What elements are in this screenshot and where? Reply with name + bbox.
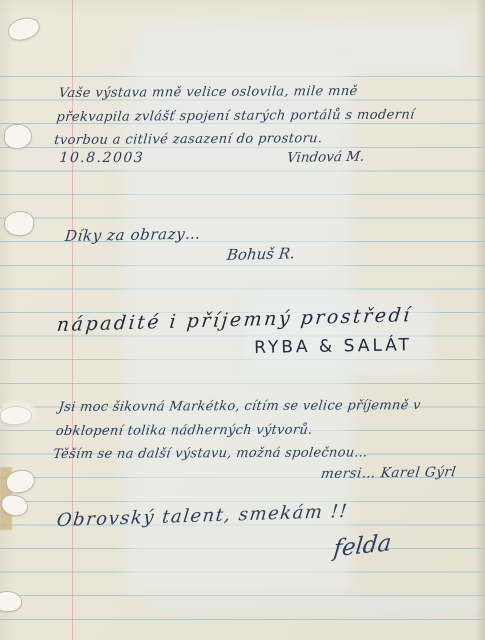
entry4-signature: mersi… Karel Gýrl (320, 464, 457, 482)
entry1-text: Vaše výstava mně velice oslovila, mile m… (53, 79, 418, 152)
entry4-line1: Jsi moc šikovná Markétko, cítím se velic… (57, 394, 422, 420)
entry3-signature: RYBA & SALÁT (254, 335, 412, 358)
paper-sheen (150, 597, 480, 612)
entry4-text: Jsi moc šikovná Markétko, cítím se velic… (52, 394, 422, 467)
entry2-line1: Díky za obrazy… (64, 225, 202, 245)
entry4-line3: Těším se na další výstavu, možná společn… (52, 442, 417, 468)
entry1-signature: Vindová M. (286, 149, 365, 166)
entry1-line2: překvapila zvlášť spojení starých portál… (55, 103, 415, 129)
entry1-date: 10.8.2003 (59, 150, 145, 166)
entry4-line2: obklopení tolika nádherných výtvorů. (54, 418, 419, 444)
notebook-page: Vaše výstava mně velice oslovila, mile m… (0, 0, 485, 640)
entry1-line1: Vaše výstava mně velice oslovila, mile m… (58, 79, 418, 105)
entry2-signature: Bohuš R. (226, 244, 296, 264)
binder-hole (7, 16, 42, 42)
